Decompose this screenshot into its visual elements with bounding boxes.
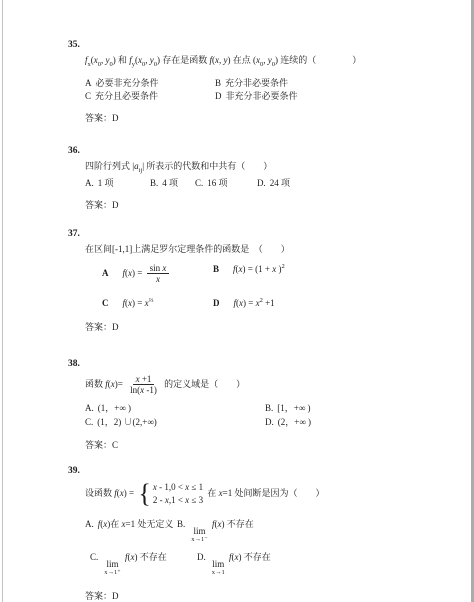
option-text: 必要非充分条件 xyxy=(96,78,159,88)
options-list: A.(1，+∞ ) B.[1，+∞ ) C.(1，2) ∪(2,+∞) D.(2… xyxy=(85,403,466,429)
option-c: C.(1，2) ∪(2,+∞) xyxy=(85,417,265,428)
question-stem: 函数 f(x)= x +1ln(x -1) 的定义域是（ ） xyxy=(85,374,466,396)
answer-label: 答案： xyxy=(85,440,112,450)
answer-label: 答案： xyxy=(85,113,112,123)
option-label: A. xyxy=(85,178,94,188)
option-text: (2，+∞ ) xyxy=(278,417,311,427)
question-39: 39. 设函数 f(x) = {x - 1,0 < x ≤ 12 - x,1 <… xyxy=(68,466,466,602)
option-label: D xyxy=(213,298,220,308)
option-formula: f(x)在 x=1 处无定义 xyxy=(98,519,174,529)
question-stem: 四阶行列式 |aij| 所表示的代数和中共有（ ） xyxy=(85,161,466,175)
question-36: 36. 四阶行列式 |aij| 所表示的代数和中共有（ ） A.1 项 B.4 … xyxy=(68,146,466,211)
answer-line: 答案：D xyxy=(85,322,466,333)
option-text: 4 项 xyxy=(162,178,178,188)
option-b: B.[1，+∞ ) xyxy=(265,403,466,414)
option-a: A.1 项 xyxy=(85,178,150,189)
question-number: 36. xyxy=(68,146,466,158)
option-text: 充分且必要条件 xyxy=(95,91,158,101)
question-37: 37. 在区间[-1,1]上满足罗尔定理条件的函数是 （ ） Af(x) = s… xyxy=(68,229,466,333)
answer-value: C xyxy=(112,440,118,450)
option-label: B. xyxy=(265,403,273,413)
option-label: A. xyxy=(85,403,94,413)
option-a: A.(1，+∞ ) xyxy=(85,403,265,414)
option-label: D. xyxy=(197,552,206,562)
option-label: D xyxy=(215,91,222,101)
page-edge-left xyxy=(2,0,3,602)
option-label: B xyxy=(215,78,221,88)
option-label: C xyxy=(102,298,109,308)
answer-label: 答案： xyxy=(85,200,112,210)
answer-line: 答案：C xyxy=(85,440,466,451)
answer-value: D xyxy=(112,200,119,210)
answer-value: D xyxy=(112,113,119,123)
option-formula: limx→1⁻ f(x) 不存在 xyxy=(189,519,253,529)
question-number: 35. xyxy=(68,40,466,52)
option-text: 非充分非必要条件 xyxy=(226,91,298,101)
answer-value: D xyxy=(112,322,119,332)
option-d: D.24 项 xyxy=(257,178,466,189)
question-stem: fx(x0, y0) 和 fy(x0, y0) 存在是函数 f(x, y) 在点… xyxy=(85,55,466,69)
option-text: 24 项 xyxy=(270,178,290,188)
option-d: D.limx→1 f(x) 不存在 xyxy=(177,552,466,577)
option-d: D非充分非必要条件 xyxy=(215,91,466,102)
option-text: (1，+∞ ) xyxy=(98,403,131,413)
options-list: A必要非充分条件 B充分非必要条件 C充分且必要条件 D非充分非必要条件 xyxy=(85,78,466,103)
option-label: C. xyxy=(195,178,203,188)
option-label: D. xyxy=(257,178,266,188)
question-stem: 设函数 f(x) = {x - 1,0 < x ≤ 12 - x,1 < x ≤… xyxy=(85,481,466,507)
option-c: C.limx→1⁺ f(x) 不存在 xyxy=(85,552,177,577)
options-list: A.1 项 B.4 项 C.16 项 D.24 项 xyxy=(85,178,466,189)
option-label: A xyxy=(102,268,109,278)
option-formula: limx→1 f(x) 不存在 xyxy=(210,552,271,562)
option-formula: limx→1⁺ f(x) 不存在 xyxy=(102,552,166,562)
option-text: [1，+∞ ) xyxy=(277,403,310,413)
option-a: A必要非充分条件 xyxy=(85,78,215,89)
option-label: B xyxy=(213,264,219,274)
option-label: A xyxy=(85,78,92,88)
option-formula: f(x) = x2 +1 xyxy=(234,298,275,308)
answer-line: 答案：D xyxy=(85,113,466,124)
option-label: B. xyxy=(150,178,158,188)
option-b: Bf(x) = (1 + x )2 xyxy=(213,263,466,285)
option-c: Cf(x) = x⅔ xyxy=(85,297,213,309)
option-label: C. xyxy=(85,417,93,427)
option-b: B.limx→1⁻ f(x) 不存在 xyxy=(177,519,466,544)
question-number: 39. xyxy=(68,466,466,478)
option-c: C.16 项 xyxy=(195,178,257,189)
question-number: 38. xyxy=(68,359,466,371)
option-label: D. xyxy=(265,417,274,427)
answer-label: 答案： xyxy=(85,322,112,332)
option-formula: f(x) = (1 + x )2 xyxy=(233,264,285,274)
options-list: Af(x) = sin xx Bf(x) = (1 + x )2 Cf(x) =… xyxy=(85,263,466,309)
option-formula: f(x) = sin xx xyxy=(123,268,172,278)
question-stem: 在区间[-1,1]上满足罗尔定理条件的函数是 （ ） xyxy=(85,244,466,255)
option-b: B充分非必要条件 xyxy=(215,78,466,89)
option-a: Af(x) = sin xx xyxy=(85,263,213,285)
option-text: 充分非必要条件 xyxy=(225,78,288,88)
question-38: 38. 函数 f(x)= x +1ln(x -1) 的定义域是（ ） A.(1，… xyxy=(68,359,466,451)
answer-label: 答案： xyxy=(85,591,112,601)
answer-value: D xyxy=(112,591,119,601)
options-list: A.f(x)在 x=1 处无定义 B.limx→1⁻ f(x) 不存在 C.li… xyxy=(85,519,466,577)
option-c: C充分且必要条件 xyxy=(85,91,215,102)
option-label: B. xyxy=(177,519,185,529)
question-number: 37. xyxy=(68,229,466,241)
option-formula: f(x) = x⅔ xyxy=(123,298,154,308)
option-text: (1，2) ∪(2,+∞) xyxy=(97,417,156,427)
option-a: A.f(x)在 x=1 处无定义 xyxy=(85,519,177,544)
option-label: C. xyxy=(90,552,98,562)
option-b: B.4 项 xyxy=(150,178,195,189)
question-35: 35. fx(x0, y0) 和 fy(x0, y0) 存在是函数 f(x, y… xyxy=(68,40,466,125)
option-text: 16 项 xyxy=(207,178,227,188)
option-d: D.(2，+∞ ) xyxy=(265,417,466,428)
option-label: C xyxy=(85,91,91,101)
answer-line: 答案：D xyxy=(85,591,466,602)
option-label: A. xyxy=(85,519,94,529)
option-text: 1 项 xyxy=(98,178,114,188)
answer-line: 答案：D xyxy=(85,200,466,211)
option-d: Df(x) = x2 +1 xyxy=(213,297,466,309)
